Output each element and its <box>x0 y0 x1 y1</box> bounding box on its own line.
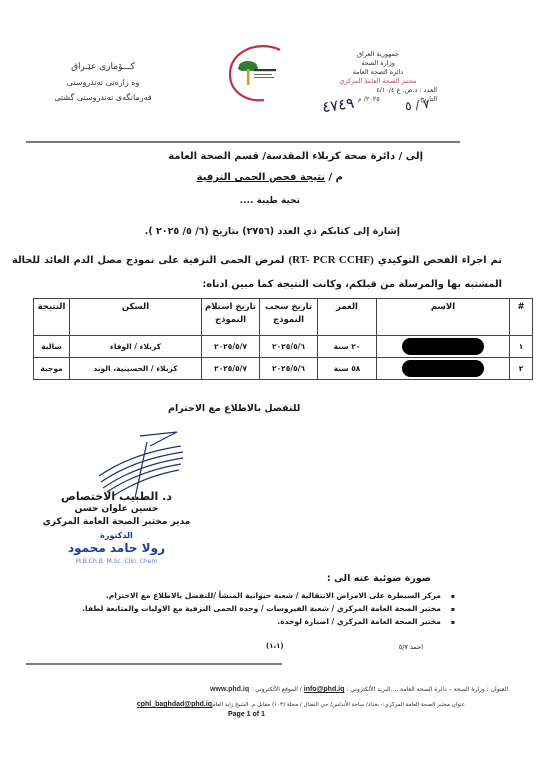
col-residence: السكن <box>70 299 202 336</box>
subject-line: م / نتيجة فحص الحمى النزفية <box>197 172 343 183</box>
ministry-name-kurdish: وه زارەتى تەندروستى <box>48 75 158 90</box>
receive-date: ٢٠٢٥/٥/٧ <box>202 336 260 358</box>
residence: كربلاء / الحسينية، الوند <box>70 358 202 380</box>
row-number: ١ <box>510 336 533 358</box>
reference-number: العدد : د.ص. ع ٤/١٠/٤ <box>313 86 443 95</box>
cc-title: صورة ضوئية عنه الى : <box>327 573 431 584</box>
col-age: العمر <box>318 299 377 336</box>
col-name: الاسم <box>377 299 510 336</box>
email-link[interactable]: info@phd.iq <box>304 686 345 693</box>
body-part1: تم اجراء الفحص التوكيدي <box>378 255 502 266</box>
website-link[interactable]: www.phd.iq <box>210 686 249 693</box>
patient-name-redacted <box>377 336 510 358</box>
greeting: تحية طيبة .... <box>240 196 300 206</box>
residence: كربلاء / الوفاء <box>70 336 202 358</box>
body-paragraph: تم اجراء الفحص التوكيدي (RT- PCR CCHF) ل… <box>12 248 502 297</box>
cc-item: مختبر الصحة العامة المركزي / اضبارة لوحد… <box>35 616 455 629</box>
country-name-kurdish: كـــۆماری عێـراق <box>48 60 158 75</box>
row-number: ٢ <box>510 358 533 380</box>
country-name: جمهورية العراق <box>313 50 443 59</box>
table-row: ١ ٢٠ سنة ٢٠٢٥/٥/٦ ٢٠٢٥/٥/٧ كربلاء / الوف… <box>34 336 533 358</box>
receive-date: ٢٠٢٥/٥/٧ <box>202 358 260 380</box>
address-line-1: العنوان : وزارة الصحة – دائرة الصحة العا… <box>210 686 508 693</box>
cc-item: مختبر الصحة العامة المركزي / شعبة الفيرو… <box>35 603 455 616</box>
signature-scribble-icon <box>95 428 185 498</box>
closing-line: للتفضل بالاطلاع مع الاحترام <box>168 403 300 414</box>
col-number: # <box>510 299 533 336</box>
signature-block: د. الطبيب الاختصاص حسين علوان حسن مدير م… <box>34 490 199 568</box>
subject-text: نتيجة فحص الحمى النزفية <box>197 172 325 183</box>
results-table: # الاسم العمر تاريخ سحب النموذج تاريخ اس… <box>33 298 533 380</box>
handwritten-date: ٧ / ٥ <box>404 97 430 113</box>
typist-initials: احمد ٥/٧ <box>399 643 423 651</box>
directorate-name-kurdish: فەرمانگەی تەندروستی گشتی <box>48 90 158 105</box>
col-draw-date: تاريخ سحب النموذج <box>260 299 318 336</box>
recipient-line: إلى / دائرة صحة كربلاء المقدسة/ قسم الصح… <box>168 151 423 162</box>
letterhead-left: كـــۆماری عێـراق وه زارەتى تەندروستى فەر… <box>48 60 158 105</box>
draw-date: ٢٠٢٥/٥/٦ <box>260 358 318 380</box>
signatory-name: حسين علوان حسن <box>34 503 199 516</box>
signatory-title: د. الطبيب الاختصاص <box>34 490 199 503</box>
date-year: ٢٠٢٥/ م <box>358 95 380 103</box>
lab-name: مختبر الصحة العامة المركزي <box>313 77 443 86</box>
patient-name-redacted <box>377 358 510 380</box>
reference-line: إشارة إلى كتابكم ذي العدد (٢٧٥٦) بتاريخ … <box>145 226 400 237</box>
ministry-logo-icon <box>224 44 294 104</box>
redaction-mark <box>402 360 484 377</box>
stamp-name: رولا حامد محمود <box>34 542 199 555</box>
stamp-credentials: M.B.Ch.B. M.Sc. Clin. Chem <box>34 555 199 568</box>
patient-age: ٥٨ سنة <box>318 358 377 380</box>
col-receive-date: تاريخ استلام النموذج <box>202 299 260 336</box>
cc-list: مركز السيطرة على الامراض الانتقالية / شع… <box>35 590 455 629</box>
signatory-role: مدير مختبر الصحة العامة المركزي <box>34 516 199 529</box>
lab-email-link[interactable]: cphl_baghdad@phd.iq <box>137 701 212 708</box>
redaction-mark <box>402 338 484 355</box>
patient-age: ٢٠ سنة <box>318 336 377 358</box>
subject-prefix: م / <box>329 172 343 183</box>
test-result: موجبة <box>34 358 70 380</box>
directorate-name: دائرة الصحة العامة <box>313 68 443 77</box>
document-code: (١،١) <box>266 642 284 650</box>
address-line-2: عنوان مختبر الصحة العامة المركزي:- بغداد… <box>137 701 465 708</box>
signatory-prefix: د. <box>162 490 172 503</box>
cc-item: مركز السيطرة على الامراض الانتقالية / شع… <box>35 590 455 603</box>
table-row: ٢ ٥٨ سنة ٢٠٢٥/٥/٦ ٢٠٢٥/٥/٧ كربلاء / الحس… <box>34 358 533 380</box>
ministry-logo <box>224 44 294 104</box>
handwritten-number: ٤٧٤٩ <box>321 94 355 116</box>
draw-date: ٢٠٢٥/٥/٦ <box>260 336 318 358</box>
header-divider <box>26 141 460 143</box>
col-result: النتيجة <box>34 299 70 336</box>
ministry-name: وزارة الصحة <box>313 59 443 68</box>
footer-divider <box>26 663 282 665</box>
test-result: سالبة <box>34 336 70 358</box>
page-number: Page 1 of 1 <box>228 711 265 718</box>
table-header-row: # الاسم العمر تاريخ سحب النموذج تاريخ اس… <box>34 299 533 336</box>
test-name: (RT- PCR CCHF) <box>288 254 373 266</box>
